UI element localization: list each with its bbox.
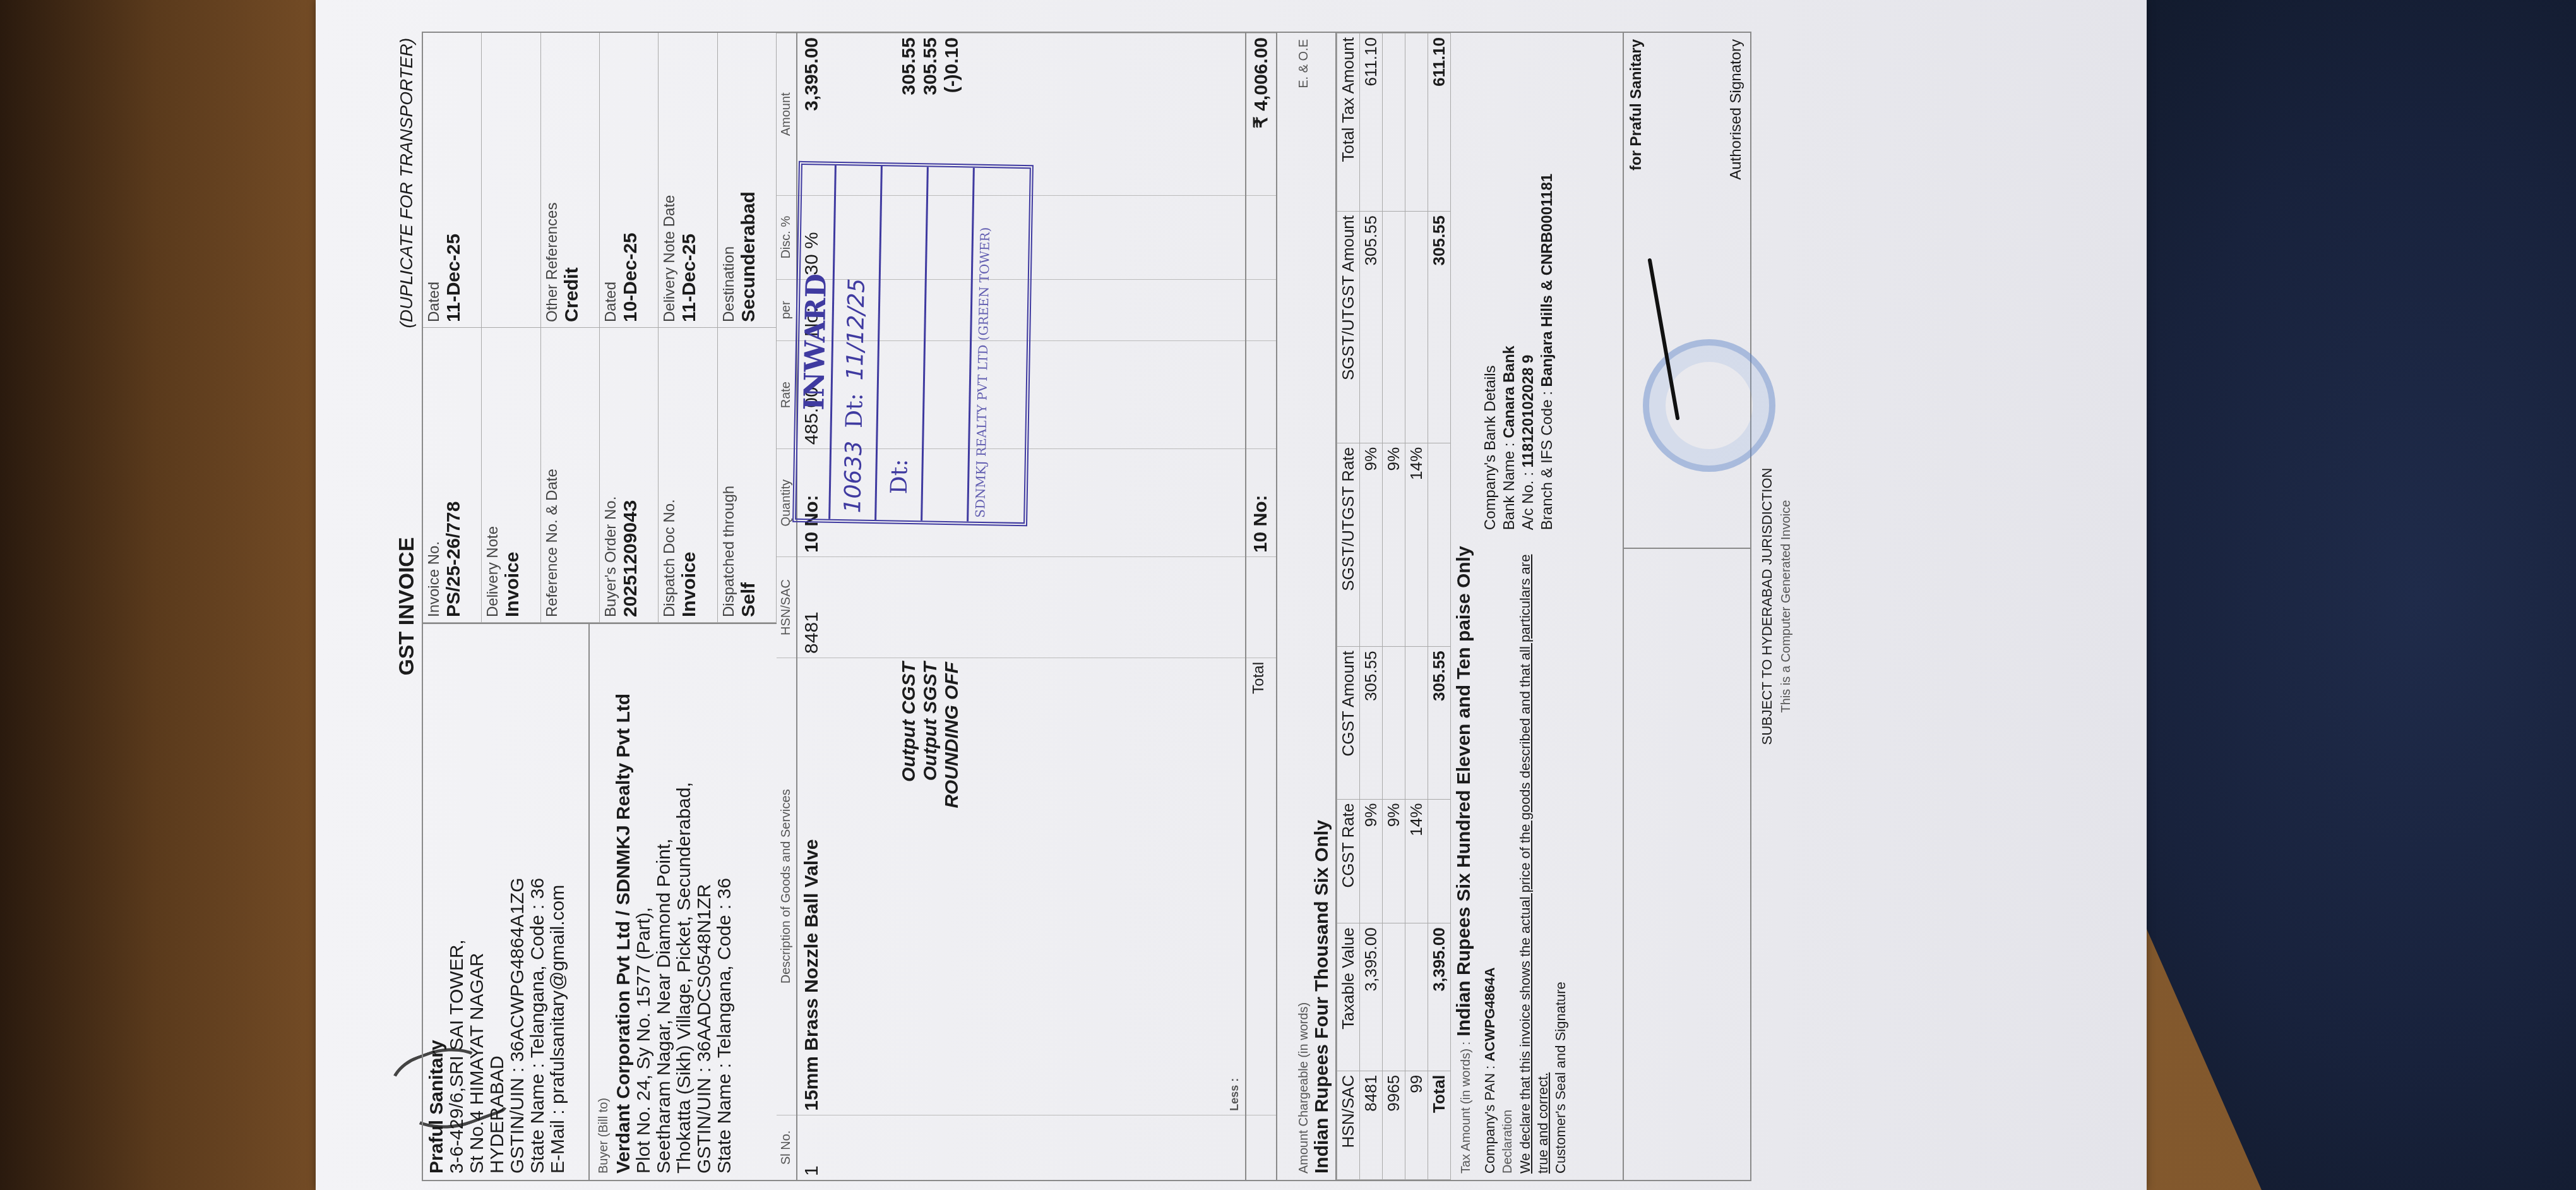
tax-cell-sgst-amt: 305.55: [1360, 211, 1383, 443]
meta-cell: Delivery Note Date11-Dec-25: [659, 33, 717, 328]
meta-cell: Invoice No.PS/25-26/778: [423, 328, 482, 623]
tax-cell-taxable: 3,395.00: [1360, 923, 1383, 1071]
meta-label: Invoice No.: [426, 333, 443, 617]
meta-label: Other References: [544, 38, 561, 322]
meta-cell: Reference No. & Date: [541, 328, 600, 623]
authorised-signatory-box: for Praful Sanitary Authorised Signatory: [1624, 33, 1750, 548]
table-row: 84813,395.009%305.559%305.55611.10: [1360, 33, 1383, 1180]
table-row: 9914%14%: [1405, 33, 1428, 1180]
items-column-header: Description of Goods and Services: [777, 658, 797, 1115]
meta-label: Dispatched through: [720, 333, 738, 617]
meta-value: 11-Dec-25: [679, 38, 700, 322]
tax-total-cgst: 305.55: [1428, 647, 1451, 799]
tax-total-amount: 611.10: [1428, 33, 1451, 212]
pan-label: Company's PAN: [1482, 1073, 1498, 1174]
tax-column-header: CGST Amount: [1337, 647, 1360, 799]
tax-line-rounding-label: ROUNDING OFF: [941, 662, 963, 1111]
meta-label: Buyer's Order No.: [602, 333, 620, 617]
items-total-amount: ₹ 4,006.00: [1246, 33, 1277, 196]
inward-date: 11/12/25: [842, 272, 869, 387]
copy-label: (DUPLICATE FOR TRANSPORTER): [391, 38, 422, 328]
buyer-name: Verdant Corporation Pvt Ltd / SDNMKJ Rea…: [614, 630, 634, 1174]
item-hsn: 8481: [797, 557, 1246, 658]
seller-address-1: 3-6-429/6,SRI SAI TOWER,: [447, 630, 467, 1174]
tax-cell-hsn: 99: [1405, 1071, 1428, 1179]
tax-cell-taxable: [1405, 923, 1428, 1071]
items-total-label: Total: [1246, 658, 1277, 1115]
buyer-block: Buyer (Bill to) Verdant Corporation Pvt …: [590, 624, 739, 1180]
buyer-address-3: Thokatta (Sikh) Village, Picket, Secunde…: [674, 630, 695, 1174]
customer-signature-box: [1624, 548, 1750, 1180]
meta-cell: Buyer's Order No.2025120904З: [600, 328, 659, 623]
tax-cell-sgst-amt: [1405, 211, 1428, 443]
meta-cell: Dispatched throughSelf: [718, 328, 777, 623]
bank-name-label: Bank Name: [1501, 451, 1518, 530]
tax-column-header: SGST/UTGST Rate: [1337, 443, 1360, 646]
account-label: A/c No.: [1520, 481, 1537, 531]
gst-invoice: GST INVOICE (DUPLICATE FOR TRANSPORTER) …: [391, 32, 1844, 1181]
declaration-text: We declare that this invoice shows the a…: [1517, 543, 1552, 1174]
tax-total-label: Total: [1428, 1071, 1451, 1179]
meta-cell: DestinationSecunderabad: [718, 33, 777, 328]
inward-stamp: INWARD 10633 Dt: 11/12/25 Dt: SDNMKJ REA…: [792, 161, 1034, 526]
inward-number: 10633: [840, 435, 867, 520]
tax-cell-taxable: [1383, 923, 1405, 1071]
items-column-header: Sl No.: [777, 1115, 797, 1180]
invoice-title: GST INVOICE (DUPLICATE FOR TRANSPORTER): [391, 32, 422, 1181]
meta-cell: Delivery NoteInvoice: [482, 328, 540, 623]
meta-cell: Other ReferencesCredit: [541, 33, 600, 328]
meta-value: Invoice: [502, 333, 523, 617]
seller-name: Praful Sanitary: [427, 630, 447, 1174]
tax-summary-total-row: Total 3,395.00 305.55 305.55 611.10: [1428, 33, 1451, 1180]
tax-line-sgst-label: Output SGST: [920, 662, 941, 1111]
seller-address-3: HYDERABAD: [487, 630, 508, 1174]
meta-label: Dated: [426, 38, 443, 322]
buyer-label: Buyer (Bill to): [593, 630, 614, 1174]
amount-words-value: Indian Rupees Four Thousand Six Only: [1311, 39, 1333, 1174]
tax-column-header: CGST Rate: [1337, 799, 1360, 923]
declaration-label: Declaration: [1499, 543, 1517, 1174]
jurisdiction-note: SUBJECT TO HYDERABAD JURISDICTION This i…: [1751, 32, 1796, 1181]
tax-cell-total: [1405, 33, 1428, 212]
pan-value: ACWPG4864A: [1482, 967, 1498, 1061]
declaration-block: Company's PAN : ACWPG4864A Declaration W…: [1477, 536, 1623, 1180]
tax-total-taxable: 3,395.00: [1428, 923, 1451, 1071]
jurisdiction-line: SUBJECT TO HYDERABAD JURISDICTION: [1758, 32, 1777, 1181]
meta-label: Delivery Note: [484, 333, 502, 617]
customer-seal-label: Customer's Seal and Signature: [1552, 543, 1570, 1174]
seller-email: E-Mail : prafulsanitary@gmail.com: [548, 630, 568, 1174]
tax-column-header: Total Tax Amount: [1337, 33, 1360, 212]
invoice-title-text: GST INVOICE: [395, 537, 419, 675]
meta-cell: Dated11-Dec-25: [423, 33, 482, 328]
inward-date-label: Dt:: [841, 387, 868, 435]
tax-total-sgst: 305.55: [1428, 211, 1451, 443]
company-seal: [1643, 339, 1775, 472]
tax-column-header: SGST/UTGST Amount: [1337, 211, 1360, 443]
meta-value: 11-Dec-25: [443, 38, 465, 322]
meta-value: 2025120904З: [620, 333, 641, 617]
eoe-label: E. & O.E: [1297, 39, 1311, 88]
amount-in-words: Amount Chargeable (in words) E. & O.E In…: [1294, 33, 1337, 1180]
buyer-gstin: GSTIN/UIN : 36AADCS0548N1ZR: [695, 630, 715, 1174]
tax-cell-total: 611.10: [1360, 33, 1383, 212]
tax-cell-sgst-rate: 9%: [1383, 443, 1405, 646]
tax-cell-sgst-rate: 9%: [1360, 443, 1383, 646]
meta-value: PS/25-26/778: [443, 333, 465, 617]
seller-gstin: GSTIN/UIN : 36ACWPG4864A1ZG: [508, 630, 528, 1174]
inward-second-date-label: Dt:: [886, 452, 912, 500]
meta-label: Dated: [602, 38, 620, 322]
meta-cell: Dispatch Doc No.Invoice: [659, 328, 717, 623]
branch-label: Branch & IFS Code: [1539, 399, 1556, 530]
tax-words-value: Indian Rupees Six Hundred Eleven and Ten…: [1453, 546, 1474, 1036]
branch-ifsc: Banjara Hills & CNRB0001181: [1539, 174, 1556, 387]
tax-column-header: Taxable Value: [1337, 923, 1360, 1071]
seller-state: State Name : Telangana, Code : 36: [528, 630, 548, 1174]
tax-cell-cgst-amt: 305.55: [1360, 647, 1383, 799]
items-total-row: Total 10 No: ₹ 4,006.00: [1246, 33, 1277, 1181]
tax-cell-cgst-rate: 9%: [1360, 799, 1383, 923]
tax-cell-cgst-rate: 9%: [1383, 799, 1405, 923]
meta-value: Self: [738, 333, 760, 617]
tax-cell-sgst-rate: 14%: [1405, 443, 1428, 646]
meta-cell: Dated10-Dec-25: [600, 33, 659, 328]
tax-words-block: Tax Amount (in words) : Indian Rupees Si…: [1451, 33, 1477, 1180]
items-column-header: Disc. %: [777, 195, 797, 279]
account-number: 118120102028 9: [1520, 355, 1537, 468]
tax-cell-cgst-rate: 14%: [1405, 799, 1428, 923]
tax-summary-table: HSN/SACTaxable ValueCGST RateCGST Amount…: [1337, 33, 1451, 1180]
less-label: Less :: [1228, 662, 1241, 1111]
tax-cell-total: [1383, 33, 1405, 212]
tax-cell-cgst-amt: [1405, 647, 1428, 799]
items-column-header: HSN/SAC: [777, 557, 797, 658]
meta-label: Dispatch Doc No.: [661, 333, 679, 617]
for-company-label: for Praful Sanitary: [1628, 39, 1645, 541]
bank-details: Company's Bank Details Bank Name : Canar…: [1477, 33, 1623, 536]
authorised-signatory-label: Authorised Signatory: [1727, 39, 1745, 180]
tax-words-label: Tax Amount (in words) :: [1459, 1042, 1473, 1174]
bank-heading: Company's Bank Details: [1481, 39, 1500, 530]
buyer-address-1: Plot No. 24, Sy No. 1577 (Part),: [634, 630, 654, 1174]
invoice-header: Praful Sanitary 3-6-429/6,SRI SAI TOWER,…: [423, 33, 777, 1180]
items-column-header: Amount: [777, 33, 797, 196]
items-total-qty: 10 No:: [1246, 449, 1277, 557]
meta-label: Delivery Note Date: [661, 38, 679, 322]
amount-words-label: Amount Chargeable (in words): [1297, 1002, 1311, 1174]
invoice-meta-grid: Invoice No.PS/25-26/778Dated11-Dec-25Del…: [423, 33, 777, 623]
computer-generated-note: This is a Computer Generated Invoice: [1777, 32, 1796, 1181]
items-column-header: per: [777, 279, 797, 340]
meta-cell: [482, 33, 540, 328]
meta-value: 10-Dec-25: [620, 38, 641, 322]
meta-value: Secunderabad: [738, 38, 760, 322]
meta-label: Destination: [720, 38, 738, 322]
item-description: 15mm Brass Nozzle Ball Valve Output CGST…: [797, 658, 1246, 1115]
tax-cell-sgst-amt: [1383, 211, 1405, 443]
meta-value: Credit: [561, 38, 583, 322]
tax-column-header: HSN/SAC: [1337, 1071, 1360, 1179]
table-row: 99659%9%: [1383, 33, 1405, 1180]
tax-cell-hsn: 8481: [1360, 1071, 1383, 1179]
seller-address-2: St No.4 HIMAYAT NAGAR: [467, 630, 487, 1174]
buyer-address-2: Seetharam Nagar, Near Diamond Point,: [654, 630, 674, 1174]
bank-name: Canara Bank: [1501, 346, 1518, 438]
signature-area: for Praful Sanitary Authorised Signatory: [1623, 33, 1750, 1180]
inward-stamp-title: INWARD: [796, 165, 837, 519]
seller-block: Praful Sanitary 3-6-429/6,SRI SAI TOWER,…: [423, 624, 590, 1180]
meta-value: Invoice: [679, 333, 700, 617]
buyer-state: State Name : Telangana, Code : 36: [715, 630, 735, 1174]
tax-cell-cgst-amt: [1383, 647, 1405, 799]
item-sl: 1: [797, 1115, 1246, 1180]
tax-line-cgst-label: Output CGST: [898, 662, 920, 1111]
tax-cell-hsn: 9965: [1383, 1071, 1405, 1179]
invoice-footer: Company's PAN : ACWPG4864A Declaration W…: [1477, 33, 1623, 1180]
meta-label: Reference No. & Date: [544, 333, 561, 617]
